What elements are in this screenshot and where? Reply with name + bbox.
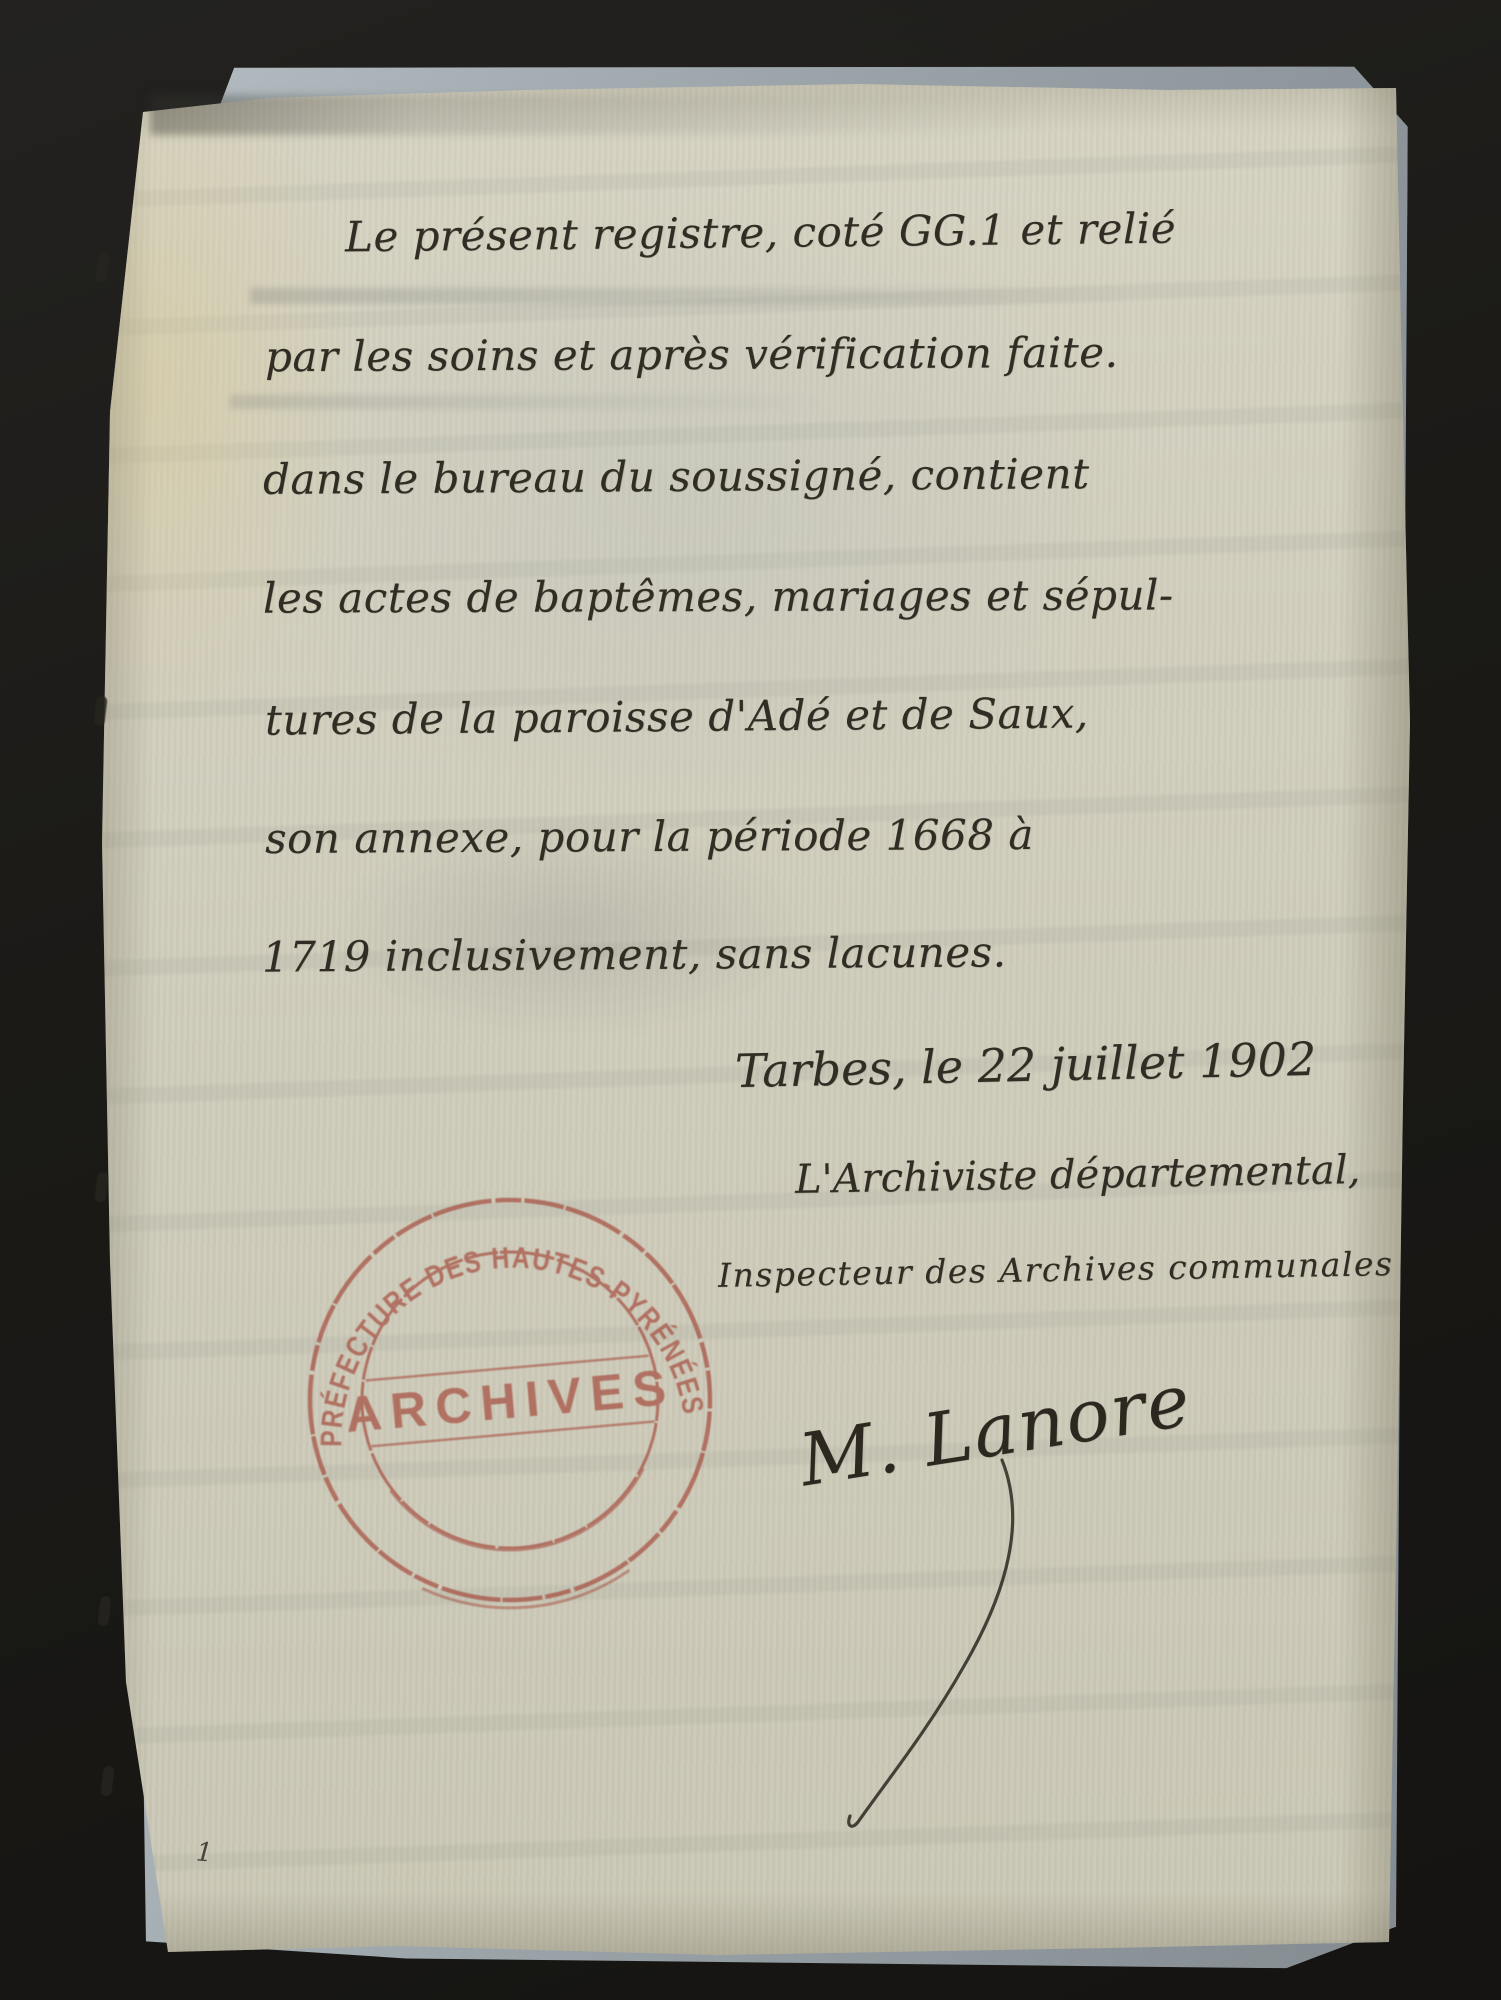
- manuscript-line: tures de la paroisse d'Adé et de Saux,: [265, 688, 1089, 744]
- page-number: 1: [195, 1837, 214, 1868]
- binding-stitch: [97, 1595, 112, 1626]
- binding-stitch: [95, 251, 110, 282]
- signature-flourish: [740, 1430, 1080, 1850]
- manuscript-line: les actes de baptêmes, mariages et sépul…: [263, 570, 1174, 622]
- scanned-document-view: Le présent registre, coté GG.1 et relié …: [0, 0, 1501, 2000]
- binding-stitch: [94, 1171, 109, 1202]
- manuscript-line: dans le bureau du soussigné, contient: [263, 449, 1090, 504]
- manuscript-line: Le présent registre, coté GG.1 et relié: [345, 204, 1177, 262]
- manuscript-line: 1719 inclusivement, sans lacunes.: [262, 927, 1007, 981]
- binding-stitch: [100, 1765, 115, 1796]
- archives-stamp: PRÉFECTURE DES HAUTES-PYRÉNÉES ARCHIVES: [269, 1159, 750, 1640]
- manuscript-line: par les soins et après vérification fait…: [265, 328, 1119, 381]
- stamp-center-text: ARCHIVES: [343, 1359, 677, 1444]
- manuscript-line: son annexe, pour la période 1668 à: [265, 810, 1034, 863]
